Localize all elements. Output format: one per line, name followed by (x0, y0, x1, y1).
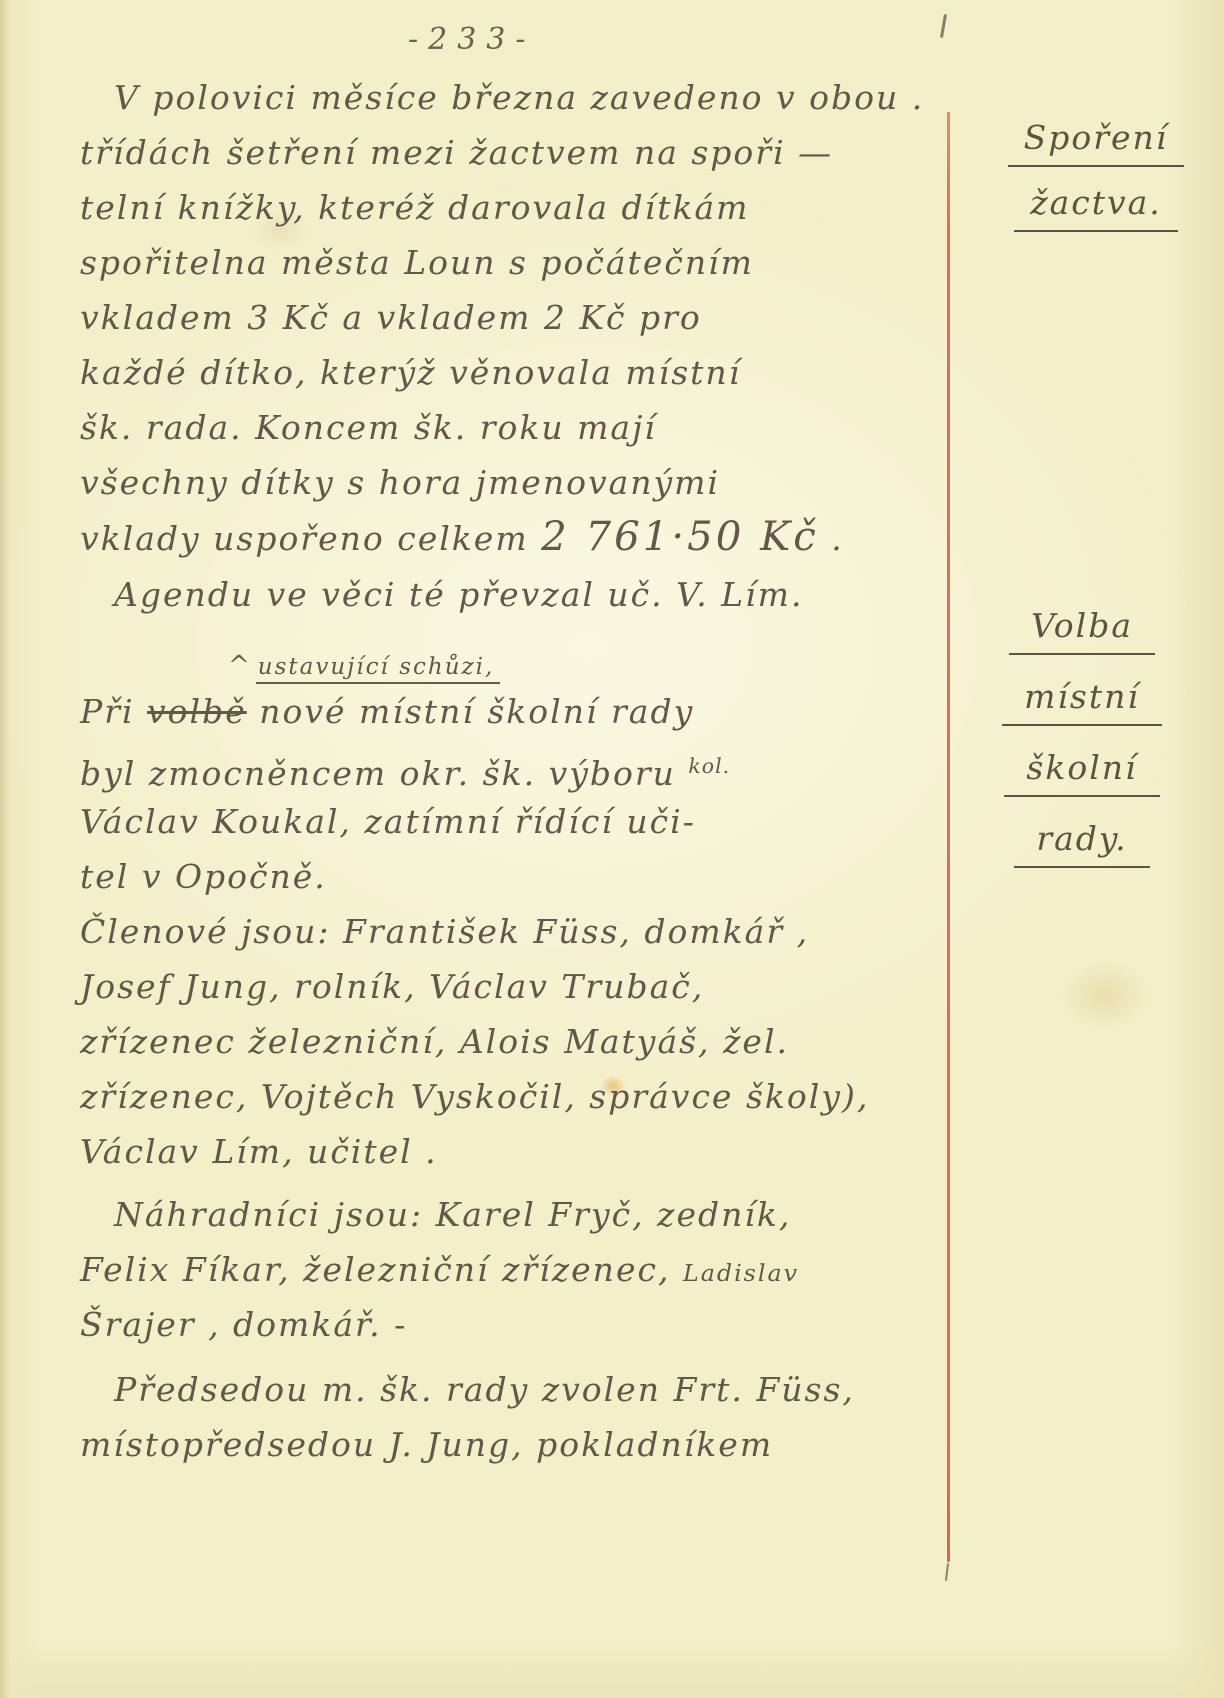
margin-note-volba: Volbamístníškolnírady. (966, 606, 1198, 890)
text-segment: Při (80, 692, 147, 731)
text-segment: Ladislav (683, 1259, 799, 1287)
text-segment: 2 761·50 Kč (541, 514, 819, 560)
text-line: všechny dítky s hora jmenovanými (80, 455, 950, 510)
ink-mark-icon (945, 1563, 949, 1581)
inserted-correction-line: ^ustavující schůzi, (228, 648, 950, 684)
paper-stain (1060, 960, 1150, 1030)
text-line: zřízenec, Vojtěch Vyskočil, správce škol… (80, 1069, 950, 1124)
text-line: místopředsedou J. Jung, pokladníkem (80, 1417, 950, 1472)
page-number: -233- (408, 22, 536, 57)
text-line: Václav Lím, učitel . (80, 1124, 950, 1179)
text-line: spořitelna města Loun s počátečním (80, 235, 950, 290)
inserted-text: ustavující schůzi, (256, 654, 501, 684)
text-segment: . (819, 519, 844, 558)
margin-note-word: Volba (1009, 606, 1155, 655)
margin-note-line: místní (966, 677, 1198, 726)
text-line: Felix Fíkar, železniční zřízenec, Ladisl… (80, 1242, 950, 1297)
margin-note-word: Spoření (1008, 118, 1185, 167)
paragraph: Náhradníci jsou: Karel Fryč, zedník,Feli… (80, 1187, 950, 1352)
paragraph: Agendu ve věci té převzal uč. V. Lím. (80, 567, 950, 622)
margin-note-line: školní (966, 748, 1198, 797)
margin-note-line: rady. (966, 819, 1198, 868)
text-line: tel v Opočně. (80, 849, 950, 904)
text-line: vkladem 3 Kč a vkladem 2 Kč pro (80, 290, 950, 345)
text-line: vklady uspořeno celkem 2 761·50 Kč . (80, 510, 950, 565)
text-line: každé dítko, kterýž věnovala místní (80, 345, 950, 400)
margin-note-word: místní (1002, 677, 1162, 726)
text-segment: vklady uspořeno celkem (80, 519, 541, 558)
ink-mark-icon (940, 14, 947, 38)
margin-note-word: rady. (1014, 819, 1149, 868)
margin-note-line: Spoření (980, 118, 1212, 167)
text-line: Josef Jung, rolník, Václav Trubač, (80, 959, 950, 1014)
margin-note-line: žactva. (980, 183, 1212, 232)
text-segment: Felix Fíkar, železniční zřízenec, (80, 1250, 683, 1289)
margin-note-word: školní (1004, 748, 1159, 797)
text-line: Členové jsou: František Füss, domkář , (80, 904, 950, 959)
text-line: Agendu ve věci té převzal uč. V. Lím. (80, 567, 950, 622)
text-line: Náhradníci jsou: Karel Fryč, zedník, (80, 1187, 950, 1242)
caret-icon: ^ (228, 651, 252, 681)
paragraph: Členové jsou: František Füss, domkář ,Jo… (80, 904, 950, 1179)
text-line: Při volbě nové místní školní rady (80, 684, 950, 739)
struck-word: volbě (147, 692, 247, 731)
margin-note-line: Volba (966, 606, 1198, 655)
text-line: šk. rada. Koncem šk. roku mají (80, 400, 950, 455)
margin-note-word: žactva. (1014, 183, 1178, 232)
text-segment: nové místní školní rady (247, 692, 694, 731)
paragraph: V polovici měsíce března zavedeno v obou… (80, 70, 950, 565)
paragraph: Předsedou m. šk. rady zvolen Frt. Füss,m… (80, 1362, 950, 1472)
margin-note-sporeni: Spořenížactva. (980, 118, 1212, 248)
text-line: Šrajer , domkář. - (80, 1297, 950, 1352)
handwritten-body: V polovici měsíce března zavedeno v obou… (80, 70, 950, 1472)
text-line: V polovici měsíce března zavedeno v obou… (80, 70, 950, 125)
text-segment: byl zmocněncem okr. šk. výboru (80, 754, 688, 793)
text-line: telní knížky, kteréž darovala dítkám (80, 180, 950, 235)
text-line: Václav Koukal, zatímní řídící uči- (80, 794, 950, 849)
text-line: třídách šetření mezi žactvem na spoři — (80, 125, 950, 180)
chronicle-page: -233- V polovici měsíce března zavedeno … (0, 0, 1224, 1698)
text-line: zřízenec železniční, Alois Matyáš, žel. (80, 1014, 950, 1069)
text-line: byl zmocněncem okr. šk. výboru kol. (80, 739, 950, 794)
text-line: Předsedou m. šk. rady zvolen Frt. Füss, (80, 1362, 950, 1417)
text-segment: kol. (688, 754, 730, 778)
paragraph: ^ustavující schůzi,Při volbě nové místní… (80, 648, 950, 904)
